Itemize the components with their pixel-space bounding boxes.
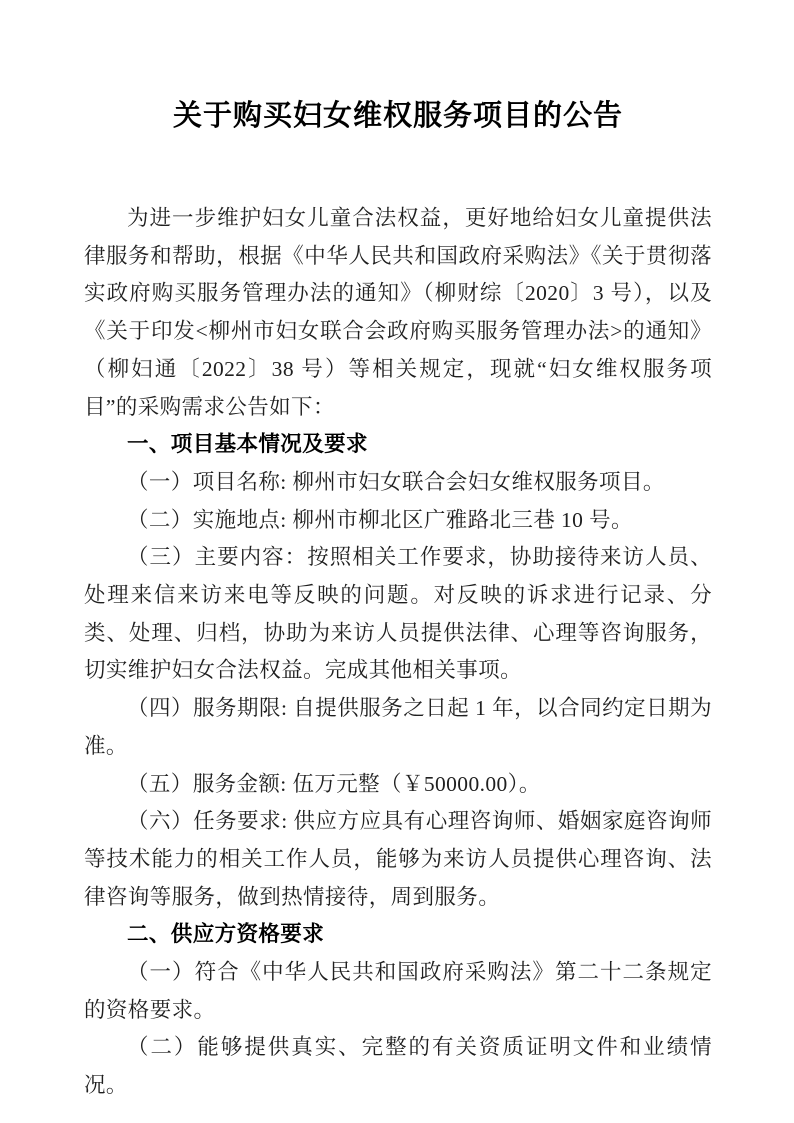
item-text: 柳州市柳北区广雅路北三巷 10 号。 xyxy=(292,508,632,532)
item-label: （二）实施地点: xyxy=(127,508,292,532)
item-label: （一） xyxy=(127,960,195,984)
section1-item-2: （二）实施地点: 柳州市柳北区广雅路北三巷 10 号。 xyxy=(84,502,712,540)
item-text: 柳州市妇女联合会妇女维权服务项目。 xyxy=(292,470,664,494)
item-label: （六）任务要求: xyxy=(127,809,294,833)
document-title: 关于购买妇女维权服务项目的公告 xyxy=(84,94,712,138)
item-label: （二） xyxy=(127,1035,197,1059)
section1-item-4: （四）服务期限: 自提供服务之日起 1 年，以合同约定日期为准。 xyxy=(84,690,712,765)
item-text: 伍万元整（￥50000.00）。 xyxy=(292,772,540,796)
item-label: （四）服务期限: xyxy=(127,696,293,720)
section2-item-2: （二）能够提供真实、完整的有关资质证明文件和业绩情况。 xyxy=(84,1029,712,1104)
document-page: 关于购买妇女维权服务项目的公告 为进一步维护妇女儿童合法权益，更好地给妇女儿童提… xyxy=(0,0,794,1123)
item-label: （一）项目名称: xyxy=(127,470,292,494)
section1-item-6: （六）任务要求: 供应方应具有心理咨询师、婚姻家庭咨询师等技术能力的相关工作人员… xyxy=(84,803,712,916)
intro-paragraph: 为进一步维护妇女儿童合法权益，更好地给妇女儿童提供法律服务和帮助，根据《中华人民… xyxy=(84,200,712,426)
document-body: 为进一步维护妇女儿童合法权益，更好地给妇女儿童提供法律服务和帮助，根据《中华人民… xyxy=(84,200,712,1105)
section1-item-5: （五）服务金额: 伍万元整（￥50000.00）。 xyxy=(84,766,712,804)
item-label: （五）服务金额: xyxy=(127,772,292,796)
section2-item-1: （一）符合《中华人民共和国政府采购法》第二十二条规定的资格要求。 xyxy=(84,954,712,1029)
section1-item-3: （三）主要内容：按照相关工作要求，协助接待来访人员、处理来信来访来电等反映的问题… xyxy=(84,539,712,690)
section1-heading: 一、项目基本情况及要求 xyxy=(84,426,712,464)
item-label: （三）主要内容： xyxy=(127,545,307,569)
section2-heading: 二、供应方资格要求 xyxy=(84,916,712,954)
section1-item-1: （一）项目名称: 柳州市妇女联合会妇女维权服务项目。 xyxy=(84,464,712,502)
